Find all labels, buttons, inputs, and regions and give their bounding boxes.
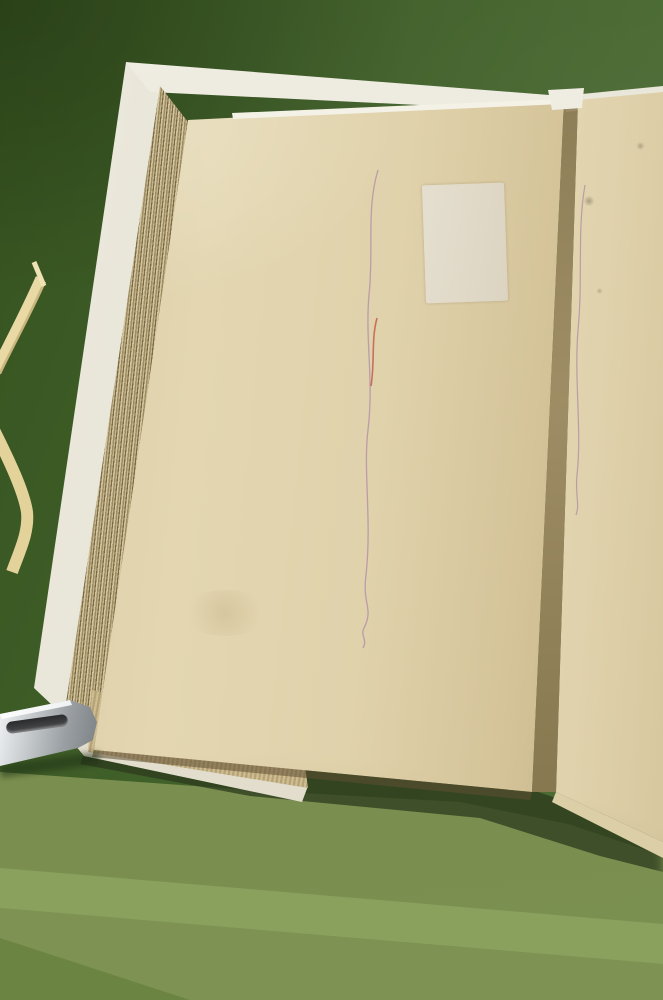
- metal-clip: [0, 696, 104, 780]
- parchment-stain: [596, 288, 603, 294]
- photograph-canvas: caletas cephas. q~ i~terp~etatur petrus …: [0, 0, 663, 1000]
- parchment-stain: [180, 590, 270, 636]
- parchment-stain: [636, 142, 645, 150]
- parchment-repair-patch: [422, 183, 508, 304]
- parchment-stain: [583, 196, 595, 206]
